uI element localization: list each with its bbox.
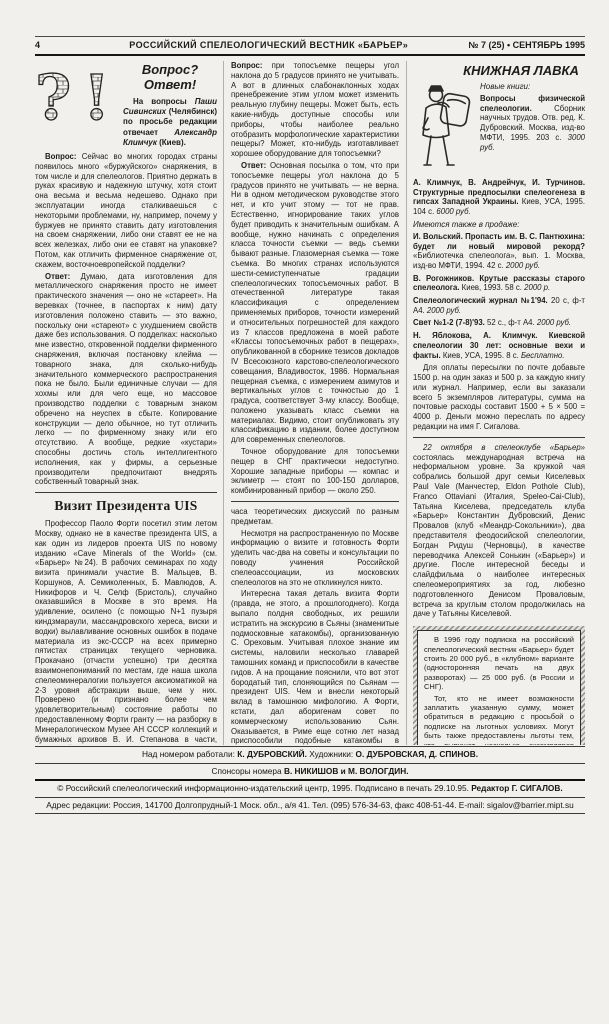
book-entry: Н. Яблокова, А. Климчук. Киевской спелео… [413, 331, 585, 360]
shipping-note: Для оплаты пересылки по почте добавьте 1… [413, 363, 585, 432]
page-footer: Над номером работали: К. ДУБРОВСКИЙ. Худ… [35, 746, 585, 814]
book-title: Свет №1-2 (7-8)'93. [413, 318, 485, 327]
issue-date: № 7 (25) • СЕНТЯБРЬ 1995 [468, 40, 585, 51]
bookshop-title: КНИЖНАЯ ЛАВКА [413, 63, 585, 78]
qa-header-right: Вопрос? Ответ! На вопросы Паши Сивинских… [119, 61, 217, 148]
answer-2-text: Основная посылка о том, что при топосъем… [231, 161, 399, 444]
qa-intro-part3: (Киев). [159, 138, 186, 147]
scanned-newsletter-page: 4 РОССИЙСКИЙ СПЕЛЕОЛОГИЧЕСКИЙ ВЕСТНИК «Б… [0, 0, 609, 1024]
visit-article-part1: Профессор Паоло Форти посетил этим летом… [35, 519, 217, 745]
column-left: ? ! Вопрос? Ответ! На вопросы Паши Сивин… [35, 61, 223, 745]
credits-line: Над номером работали: К. ДУБРОВСКИЙ. Худ… [35, 747, 585, 763]
subscription-notice-inner: В 1996 году подписка на российский спеле… [417, 630, 581, 745]
editor-name: Редактор Г. СИГАЛОВ. [471, 783, 562, 793]
subscription-paragraph: Тот, кто не имеет возможности заплатить … [424, 694, 574, 745]
section-divider [35, 492, 217, 493]
question-1: Вопрос: Сейчас во многих городах страны … [35, 152, 217, 270]
answer-2: Ответ: Основная посылка о том, что при т… [231, 161, 399, 445]
book-entry: А. Климчук, В. Андрейчук, И. Турчинов. С… [413, 178, 585, 217]
section-divider [231, 501, 399, 502]
artist-names: О. ДУБРОВСКАЯ, Д. СПИНОВ. [356, 749, 479, 759]
address-line: Адрес редакции: Россия, 141700 Долгопруд… [35, 798, 585, 814]
question-2-text: при топосъемке пещеры угол наклона до 5 … [231, 61, 399, 158]
book-price: 2000 р. [524, 283, 550, 292]
book-price: Бесплатно. [521, 351, 565, 360]
question-label: Вопрос: [45, 152, 76, 161]
question-label: Вопрос: [231, 61, 262, 70]
svg-text:!: ! [83, 61, 110, 131]
book-entry: В. Рогожников. Крутые рассказы старого с… [413, 274, 585, 293]
question-2: Вопрос: при топосъемке пещеры угол накло… [231, 61, 399, 159]
qa-intro-part1: На вопросы [133, 97, 187, 106]
newsletter-title: РОССИЙСКИЙ СПЕЛЕОЛОГИЧЕСКИЙ ВЕСТНИК «БАР… [69, 40, 468, 51]
question-1-text: Сейчас во многих городах страны появилос… [35, 152, 217, 269]
column-right: КНИЖНАЯ ЛАВКА [407, 61, 585, 745]
answer-2-equipment: Точное оборудование для топосъемки пещер… [231, 447, 399, 496]
meeting-text: состоялась международная встреча на нефо… [413, 453, 585, 619]
book-entry: Спелеологический журнал №1'94. 20 с, ф-т… [413, 296, 585, 315]
meeting-date-lead: 22 октября в спелеоклубе «Барьер» [423, 443, 585, 452]
book-price: 6000 руб. [436, 207, 470, 216]
book-price: 2000 руб. [506, 261, 540, 270]
book-price: 2000 руб. [427, 306, 461, 315]
book-details: Киев, УСА, 1995. 8 с. [443, 351, 519, 360]
book-entry: И. Вольский. Пропасть им. В. С. Пантюхин… [413, 232, 585, 271]
svg-text:?: ? [35, 61, 71, 131]
masthead: 4 РОССИЙСКИЙ СПЕЛЕОЛОГИЧЕСКИЙ ВЕСТНИК «Б… [35, 36, 585, 56]
subscription-notice-box: В 1996 году подписка на российский спеле… [413, 626, 585, 745]
book-entry: Свет №1-2 (7-8)'93. 52 с., ф-т А4. 2000 … [413, 318, 585, 328]
answer-label: Ответ: [45, 272, 70, 281]
answer-label: Ответ: [241, 161, 266, 170]
book-details: 52 с., ф-т А4. [487, 318, 535, 327]
section-divider [413, 437, 585, 438]
qa-header-block: ? ! Вопрос? Ответ! На вопросы Паши Сивин… [35, 61, 217, 148]
book-price: 2000 руб. [537, 318, 571, 327]
footer-rule [35, 813, 585, 814]
visit-article-title: Визит Президента UIS [35, 498, 217, 514]
book-title: И. Вольский. Пропасть им. В. С. Пантюхин… [413, 232, 585, 251]
book-carrier-illustration [413, 82, 475, 176]
subscription-paragraph: В 1996 году подписка на российский спеле… [424, 635, 574, 691]
content-columns: ? ! Вопрос? Ответ! На вопросы Паши Сивин… [35, 61, 585, 745]
book-details: «Библиотечка спелеолога», вып. 1. Москва… [413, 251, 585, 270]
qa-section-title: Вопрос? Ответ! [123, 62, 217, 92]
answer-1-text: Думаю, дата изготовления для металлическ… [35, 272, 217, 487]
issue-staff-names: К. ДУБРОВСКИЙ. [237, 749, 307, 759]
book-details: Киев, 1993. 58 с. [462, 283, 522, 292]
sponsors-line: Спонсоры номера В. НИКИШОВ и М. ВОЛОГДИН… [35, 764, 585, 780]
visit-article-paragraph: Интересна такая деталь визита Форти (пра… [231, 589, 399, 745]
visit-article-continuation: часа теоретических дискуссий по разным п… [231, 507, 399, 527]
qa-intro: На вопросы Паши Сивинских (Челябинск) по… [123, 97, 217, 148]
also-on-sale-label: Имеются также в продаже: [413, 220, 585, 230]
question-marks-illustration: ? ! [35, 61, 119, 148]
meeting-report: 22 октября в спелеоклубе «Барьер» состоя… [413, 443, 585, 619]
page-number: 4 [35, 40, 69, 51]
answer-1: Ответ: Думаю, дата изготовления для мета… [35, 272, 217, 488]
sponsor-names: В. НИКИШОВ и М. ВОЛОГДИН. [284, 766, 409, 776]
copyright-line: © Российский спелеологический информацио… [35, 781, 585, 797]
visit-article-paragraph: Несмотря на распространенную по Москве и… [231, 529, 399, 588]
book-title: Спелеологический журнал №1'94. [413, 296, 548, 305]
column-middle: Вопрос: при топосъемке пещеры угол накло… [223, 61, 407, 745]
